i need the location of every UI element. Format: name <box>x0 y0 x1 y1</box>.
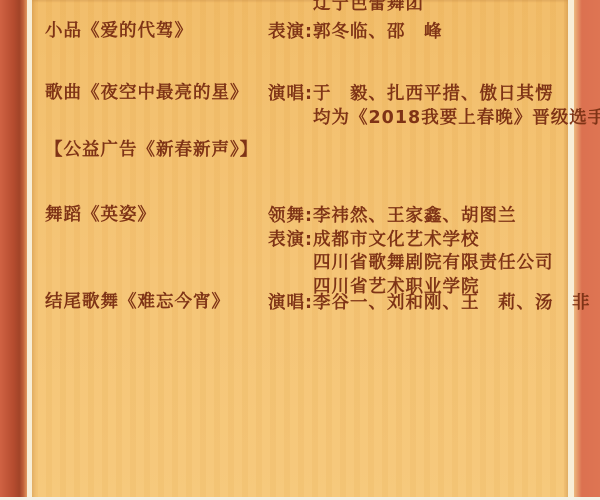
credit-role-label <box>268 0 313 17</box>
credit-role-label: 演唱: <box>268 83 313 107</box>
credit-names: 李祎然、王家鑫、胡图兰 <box>313 205 517 229</box>
credits-block: 表演: 郭冬临、邵 峰 <box>268 21 443 45</box>
program-name: 小品《爱的代驾》 <box>45 21 193 41</box>
credit-line: 表演: 成都市文化艺术学校 <box>268 229 554 253</box>
credit-line: 表演: 郭冬临、邵 峰 <box>268 21 443 45</box>
credit-names: 四川省歌舞剧院有限责任公司 <box>313 252 554 276</box>
credit-role-label <box>268 252 313 276</box>
credit-role-label: 领舞: <box>268 205 313 229</box>
credit-role-label: 表演: <box>268 21 313 45</box>
credit-names: 李谷一、刘和刚、王 莉、汤 非 <box>313 292 591 316</box>
right-border-decoration <box>574 0 600 500</box>
gala-program-list-page: 辽宁芭蕾舞团 小品《爱的代驾》 表演: 郭冬临、邵 峰 歌曲《夜空中最亮的星》 … <box>0 0 600 500</box>
credit-line: 领舞: 李祎然、王家鑫、胡图兰 <box>268 205 554 229</box>
credit-names: 成都市文化艺术学校 <box>313 229 480 253</box>
credits-block: 辽宁芭蕾舞团 <box>268 0 424 17</box>
credit-line: 四川省歌舞剧院有限责任公司 <box>268 252 554 276</box>
credits-block: 演唱: 李谷一、刘和刚、王 莉、汤 非 <box>268 292 591 316</box>
left-border-decoration <box>0 0 27 500</box>
program-name: 舞蹈《英姿》 <box>45 205 156 225</box>
credit-role-label: 演唱: <box>268 292 313 316</box>
credits-block: 领舞: 李祎然、王家鑫、胡图兰 表演: 成都市文化艺术学校 四川省歌舞剧院有限责… <box>268 205 554 299</box>
credit-line: 辽宁芭蕾舞团 <box>268 0 424 17</box>
program-name: 歌曲《夜空中最亮的星》 <box>45 83 249 103</box>
credit-line: 均为《2018我要上春晚》晋级选手 <box>268 107 600 131</box>
credit-names: 均为《2018我要上春晚》晋级选手 <box>313 107 600 131</box>
program-name: 【公益广告《新春新声》】 <box>45 140 258 160</box>
credit-line: 演唱: 于 毅、扎西平措、傲日其愣 <box>268 83 600 107</box>
credits-block: 演唱: 于 毅、扎西平措、傲日其愣 均为《2018我要上春晚》晋级选手 <box>268 83 600 130</box>
credit-line: 演唱: 李谷一、刘和刚、王 莉、汤 非 <box>268 292 591 316</box>
program-card: 辽宁芭蕾舞团 小品《爱的代驾》 表演: 郭冬临、邵 峰 歌曲《夜空中最亮的星》 … <box>27 0 574 500</box>
credit-names: 郭冬临、邵 峰 <box>313 21 443 45</box>
program-name: 结尾歌舞《难忘今宵》 <box>45 292 230 312</box>
credit-names: 于 毅、扎西平措、傲日其愣 <box>313 83 554 107</box>
credit-names: 辽宁芭蕾舞团 <box>313 0 424 17</box>
credit-role-label: 表演: <box>268 229 313 253</box>
credit-role-label <box>268 107 313 131</box>
